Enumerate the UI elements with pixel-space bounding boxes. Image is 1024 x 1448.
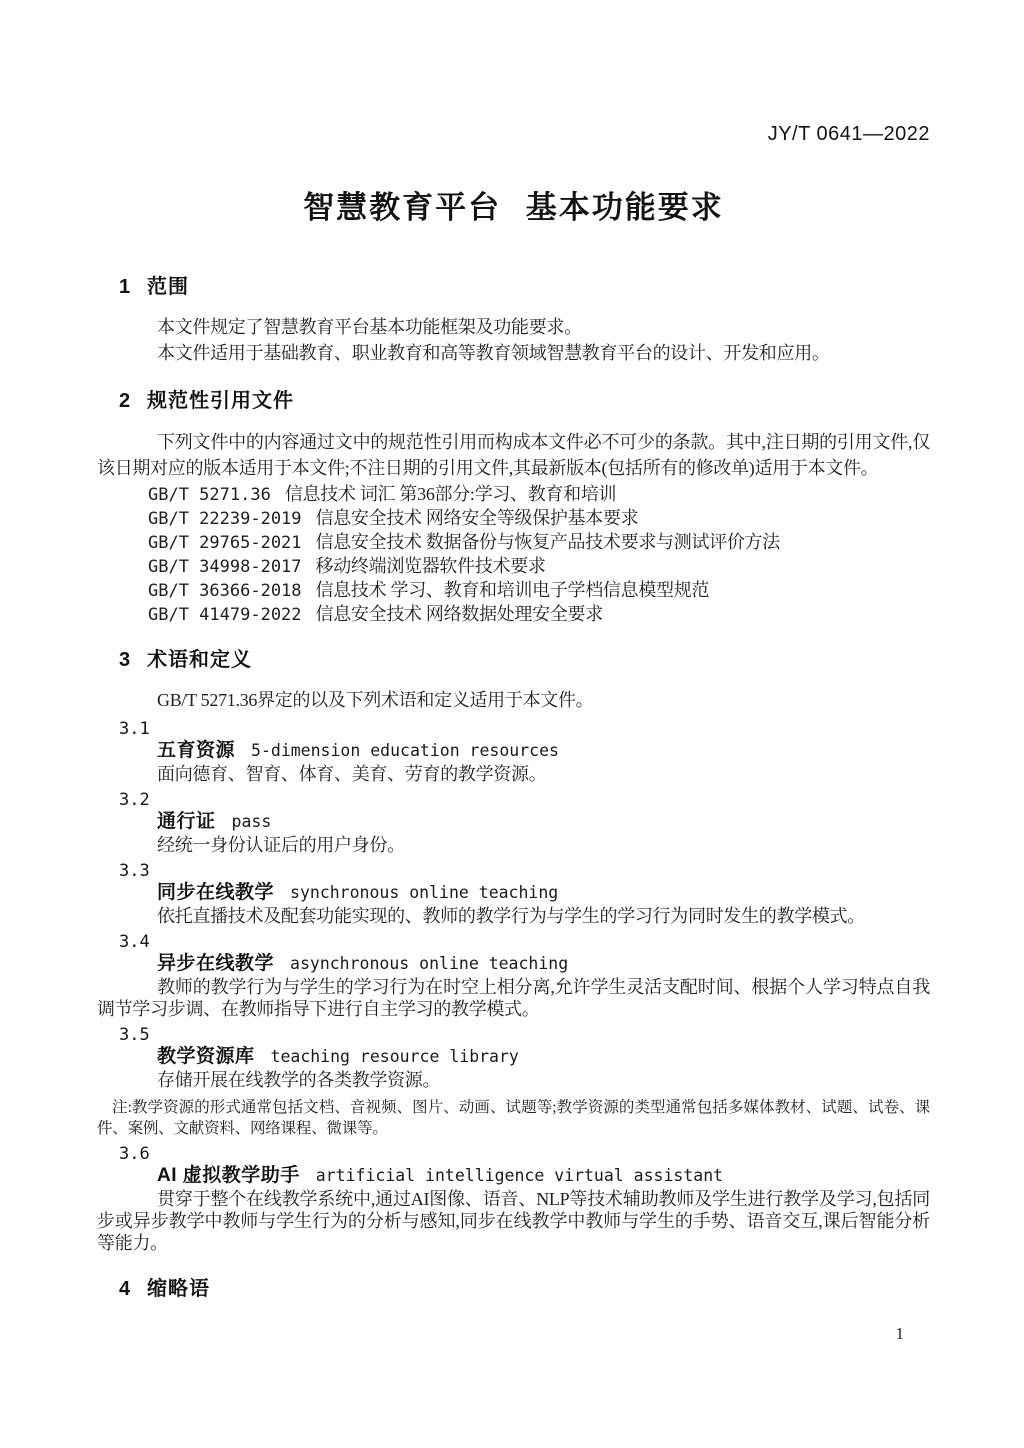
- section-heading-scope: 1范围: [97, 274, 930, 300]
- term-zh: AI 虚拟教学助手: [157, 1165, 300, 1186]
- reference-code: GB/T 29765-2021: [148, 533, 302, 553]
- scope-paragraph: 本文件规定了智慧教育平台基本功能框架及功能要求。: [97, 315, 930, 341]
- term-note: 注:教学资源的形式通常包括文档、音视频、图片、动画、试题等;教学资源的类型通常包…: [97, 1097, 930, 1139]
- term-en: 5-dimension education resources: [251, 741, 559, 760]
- term-zh: 异步在线教学: [157, 953, 274, 974]
- term-definition: 存储开展在线教学的各类教学资源。: [97, 1069, 930, 1091]
- terms-intro: GB/T 5271.36界定的以及下列术语和定义适用于本文件。: [97, 688, 930, 714]
- term-number: 3.6: [97, 1143, 930, 1165]
- reference-title: 信息安全技术 数据备份与恢复产品技术要求与测试评价方法: [316, 532, 780, 552]
- term-definition: 依托直播技术及配套功能实现的、教师的教学行为与学生的学习行为同时发生的教学模式。: [97, 905, 930, 927]
- term-title: 同步在线教学synchronous online teaching: [97, 882, 930, 905]
- clause-label: 规范性引用文件: [147, 390, 294, 412]
- reference-code: GB/T 41479-2022: [148, 605, 302, 625]
- clause-label: 缩略语: [147, 1278, 210, 1300]
- term-zh: 同步在线教学: [157, 882, 274, 903]
- clause-label: 范围: [147, 276, 189, 298]
- section-heading-references: 2规范性引用文件: [97, 388, 930, 414]
- reference-item: GB/T 34998-2017移动终端浏览器软件技术要求: [97, 555, 930, 579]
- reference-title: 信息技术 学习、教育和培训电子学档信息模型规范: [316, 580, 710, 600]
- reference-item: GB/T 41479-2022信息安全技术 网络数据处理安全要求: [97, 603, 930, 627]
- scope-paragraph: 本文件适用于基础教育、职业教育和高等教育领域智慧教育平台的设计、开发和应用。: [97, 341, 930, 367]
- page-number: 1: [97, 1323, 930, 1345]
- term-number: 3.3: [97, 860, 930, 882]
- term-en: artificial intelligence virtual assistan…: [316, 1166, 723, 1185]
- reference-code: GB/T 5271.36: [148, 485, 271, 505]
- term-en: pass: [232, 812, 272, 831]
- term-block: 3.1 五育资源5-dimension education resources …: [97, 718, 930, 785]
- term-title: 通行证pass: [97, 811, 930, 834]
- term-en: teaching resource library: [271, 1047, 519, 1066]
- section-heading-abbreviations: 4缩略语: [97, 1276, 930, 1302]
- term-block: 3.6 AI 虚拟教学助手artificial intelligence vir…: [97, 1143, 930, 1254]
- term-en: asynchronous online teaching: [290, 954, 568, 973]
- term-zh: 教学资源库: [157, 1046, 255, 1067]
- reference-item: GB/T 22239-2019信息安全技术 网络安全等级保护基本要求: [97, 507, 930, 531]
- term-definition: 教师的教学行为与学生的学习行为在时空上相分离,允许学生灵活支配时间、根据个人学习…: [97, 976, 930, 1020]
- reference-title: 信息技术 词汇 第36部分:学习、教育和培训: [285, 484, 616, 504]
- term-definition: 经统一身份认证后的用户身份。: [97, 834, 930, 856]
- term-block: 3.3 同步在线教学synchronous online teaching 依托…: [97, 860, 930, 927]
- term-zh: 五育资源: [157, 740, 235, 761]
- reference-code: GB/T 22239-2019: [148, 509, 302, 529]
- reference-code: GB/T 36366-2018: [148, 581, 302, 601]
- page-title: 智慧教育平台 基本功能要求: [97, 189, 930, 227]
- reference-item: GB/T 29765-2021信息安全技术 数据备份与恢复产品技术要求与测试评价…: [97, 531, 930, 555]
- clause-number: 3: [119, 647, 147, 673]
- references-intro: 下列文件中的内容通过文中的规范性引用而构成本文件必不可少的条款。其中,注日期的引…: [97, 430, 930, 481]
- term-en: synchronous online teaching: [290, 883, 558, 902]
- term-number: 3.5: [97, 1024, 930, 1046]
- term-block: 3.2 通行证pass 经统一身份认证后的用户身份。: [97, 789, 930, 856]
- reference-item: GB/T 5271.36信息技术 词汇 第36部分:学习、教育和培训: [97, 483, 930, 507]
- term-zh: 通行证: [157, 811, 216, 832]
- term-number: 3.1: [97, 718, 930, 740]
- document-page: JY/T 0641—2022 智慧教育平台 基本功能要求 1范围 本文件规定了智…: [0, 0, 1024, 1448]
- term-definition: 面向德育、智育、体育、美育、劳育的教学资源。: [97, 763, 930, 785]
- reference-title: 信息安全技术 网络数据处理安全要求: [316, 604, 603, 624]
- reference-list: GB/T 5271.36信息技术 词汇 第36部分:学习、教育和培训 GB/T …: [97, 483, 930, 627]
- term-number: 3.2: [97, 789, 930, 811]
- clause-number: 4: [119, 1276, 147, 1302]
- reference-item: GB/T 36366-2018信息技术 学习、教育和培训电子学档信息模型规范: [97, 579, 930, 603]
- term-block: 3.4 异步在线教学asynchronous online teaching 教…: [97, 931, 930, 1020]
- reference-title: 信息安全技术 网络安全等级保护基本要求: [316, 508, 639, 528]
- term-definition: 贯穿于整个在线教学系统中,通过AI图像、语音、NLP等技术辅助教师及学生进行教学…: [97, 1188, 930, 1254]
- term-block: 3.5 教学资源库teaching resource library 存储开展在…: [97, 1024, 930, 1139]
- reference-code: GB/T 34998-2017: [148, 557, 302, 577]
- scope-paragraphs: 本文件规定了智慧教育平台基本功能框架及功能要求。 本文件适用于基础教育、职业教育…: [97, 315, 930, 366]
- clause-number: 2: [119, 388, 147, 414]
- term-number: 3.4: [97, 931, 930, 953]
- section-heading-terms: 3术语和定义: [97, 647, 930, 673]
- term-title: 教学资源库teaching resource library: [97, 1046, 930, 1069]
- clause-number: 1: [119, 274, 147, 300]
- reference-title: 移动终端浏览器软件技术要求: [316, 556, 546, 576]
- document-content: JY/T 0641—2022 智慧教育平台 基本功能要求 1范围 本文件规定了智…: [97, 0, 930, 1345]
- term-title: 异步在线教学asynchronous online teaching: [97, 953, 930, 976]
- term-title: AI 虚拟教学助手artificial intelligence virtual…: [97, 1165, 930, 1188]
- term-title: 五育资源5-dimension education resources: [97, 740, 930, 763]
- clause-label: 术语和定义: [147, 649, 252, 671]
- doc-number: JY/T 0641—2022: [97, 0, 930, 145]
